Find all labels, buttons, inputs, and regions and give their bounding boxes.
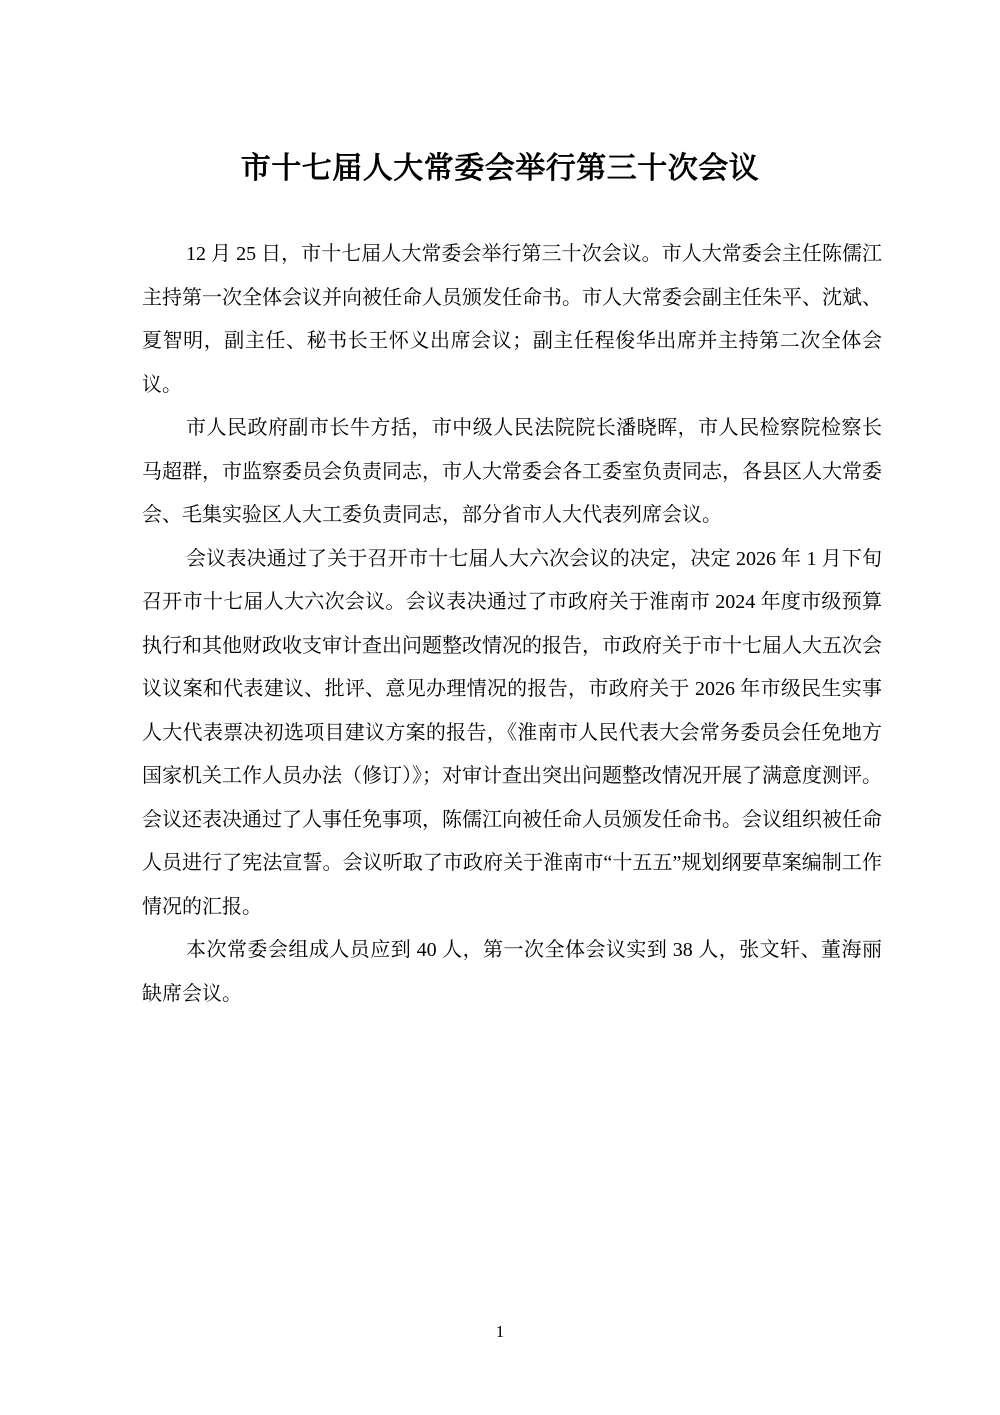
document-page: 市十七届人大常委会举行第三十次会议 12 月 25 日，市十七届人大常委会举行第…	[0, 0, 1000, 1415]
paragraph-resolutions: 会议表决通过了关于召开市十七届人大六次会议的决定，决定 2026 年 1 月下旬…	[142, 538, 882, 930]
paragraph-attendance-count: 本次常委会组成人员应到 40 人，第一次全体会议实到 38 人，张文轩、董海丽缺…	[142, 929, 882, 1016]
document-body: 12 月 25 日，市十七届人大常委会举行第三十次会议。市人大常委会主任陈儒江主…	[142, 233, 882, 1016]
page-number: 1	[0, 1320, 1000, 1344]
document-title: 市十七届人大常委会举行第三十次会议	[0, 147, 1000, 191]
paragraph-attendees: 市人民政府副市长牛方括，市中级人民法院院长潘晓晖，市人民检察院检察长马超群，市监…	[142, 407, 882, 538]
paragraph-meeting-opening: 12 月 25 日，市十七届人大常委会举行第三十次会议。市人大常委会主任陈儒江主…	[142, 233, 882, 407]
